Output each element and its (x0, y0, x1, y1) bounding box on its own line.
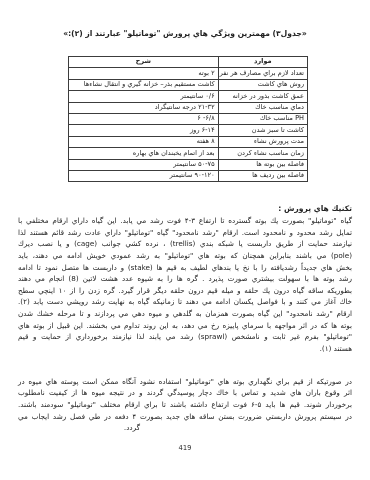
description-cell: كاشت مستقيم بذر– خزانه گيري و انتقال نشا… (69, 79, 219, 90)
document-page: «جدول۳) مهمترين ويژگي هاي پرورش "توماتيل… (0, 0, 370, 480)
text-line: نيازمند حمايت از طريق داربست يا شبكه بند… (18, 238, 352, 250)
text-line: در صورتيكه از قيم براي نگهداري بوته هاي … (18, 376, 352, 388)
table-row: كاشت تا سبز شدن ۶-۱۴ روز (69, 125, 308, 136)
text-line: رشد بوته ها با سهولت بيشتري صورت پذيرد .… (18, 273, 352, 285)
paragraph-gap (18, 355, 352, 376)
table-row: زمان مناسب نشاء كردن بعد از اتمام يخبندا… (69, 148, 308, 159)
text-line: بطوريكه ساقه گياه درون يك حلقه و ميله قي… (18, 285, 352, 297)
table-row: فاصله بين رديف ها ۹۰-۱۲۰ سانتيمتر (69, 170, 308, 181)
table-row: عمق كاشت بذور در خزانه ۰/۶ سانتيمتر (69, 91, 308, 102)
table-header-row: موارد شرح (69, 57, 308, 68)
text-line: برخوردار شوند. قيم ها بايد ۵-۶ فوت ارتفا… (18, 399, 352, 411)
description-cell: بعد از اتمام يخبندان هاي بهاره (69, 148, 219, 159)
table-row: دماي مناسب خاك ۲۱-۳۲ درجه سانتيگراد (69, 102, 308, 113)
table-row: PH مناسب خاك ۶/۸- ۶ (69, 113, 308, 124)
item-cell: روش هاي كاشت (218, 79, 307, 90)
description-cell: ۸ هفته (69, 136, 219, 147)
page-number: 419 (0, 444, 370, 452)
body-text: تكنيك هاي پرورش : گياه "توماتيلو" بصورت … (18, 202, 352, 434)
table-row: تعداد لازم براي مصارف هر نفر ۲ بوته (69, 68, 308, 79)
properties-table: موارد شرح تعداد لازم براي مصارف هر نفر ۲… (68, 56, 308, 182)
description-cell: ۹۰-۱۲۰ سانتيمتر (69, 170, 219, 181)
item-cell: زمان مناسب نشاء كردن (218, 148, 307, 159)
text-line: خاك آغاز مي كنند و با فواصل يكسان ادامه … (18, 296, 352, 308)
column-header-item: موارد (218, 57, 307, 68)
table-row: فاصله بين بوته ها ۵۰-۷۵ سانتيمتر (69, 159, 308, 170)
description-cell: ۶/۸- ۶ (69, 113, 219, 124)
item-cell: مدت پرورش نشاء (218, 136, 307, 147)
table-row: روش هاي كاشت كاشت مستقيم بذر– خزانه گيري… (69, 79, 308, 90)
text-line: بخش هاي جديداً رشديافته را با نخ يا بنده… (18, 262, 352, 274)
column-header-description: شرح (69, 57, 219, 68)
text-line: (pole) مي باشند بنابراين همچنان كه بوته … (18, 250, 352, 262)
item-cell: تعداد لازم براي مصارف هر نفر (218, 68, 307, 79)
text-line: بوته ها كه در اثر مواجهه با سرماي پاييزه… (18, 320, 352, 332)
description-cell: ۵۰-۷۵ سانتيمتر (69, 159, 219, 170)
text-line: تمايل رشد محدود و نامحدود است. ارقام "رش… (18, 227, 352, 239)
item-cell: دماي مناسب خاك (218, 102, 307, 113)
text-line: هستند (۱). (18, 343, 352, 355)
item-cell: فاصله بين بوته ها (218, 159, 307, 170)
description-cell: ۲ بوته (69, 68, 219, 79)
description-cell: ۰/۶ سانتيمتر (69, 91, 219, 102)
description-cell: ۲۱-۳۲ درجه سانتيگراد (69, 102, 219, 113)
text-line: در سيستم پرورش داربستي ضرورت بستن ساقه ه… (18, 411, 352, 423)
item-cell: فاصله بين رديف ها (218, 170, 307, 181)
table-caption: «جدول۳) مهمترين ويژگي هاي پرورش "توماتيل… (0, 28, 370, 39)
item-cell: كاشت تا سبز شدن (218, 125, 307, 136)
item-cell: PH مناسب خاك (218, 113, 307, 124)
section-heading: تكنيك هاي پرورش : (18, 202, 352, 215)
table-row: مدت پرورش نشاء ۸ هفته (69, 136, 308, 147)
text-line: اثر وقوع باران هاي شديد و تماس با خاك دچ… (18, 387, 352, 399)
item-cell: عمق كاشت بذور در خزانه (218, 91, 307, 102)
description-cell: ۶-۱۴ روز (69, 125, 219, 136)
text-line: گياه "توماتيلو" بصورت يك بوته گسترده تا … (18, 215, 352, 227)
text-line: "توماتيلو" بفرم غير ثابت و نامشخص (spraw… (18, 331, 352, 343)
text-line: گردد. (18, 422, 140, 434)
text-line: ارقام "رشد نامحدود" اين گياه بصورت همزما… (18, 308, 352, 320)
